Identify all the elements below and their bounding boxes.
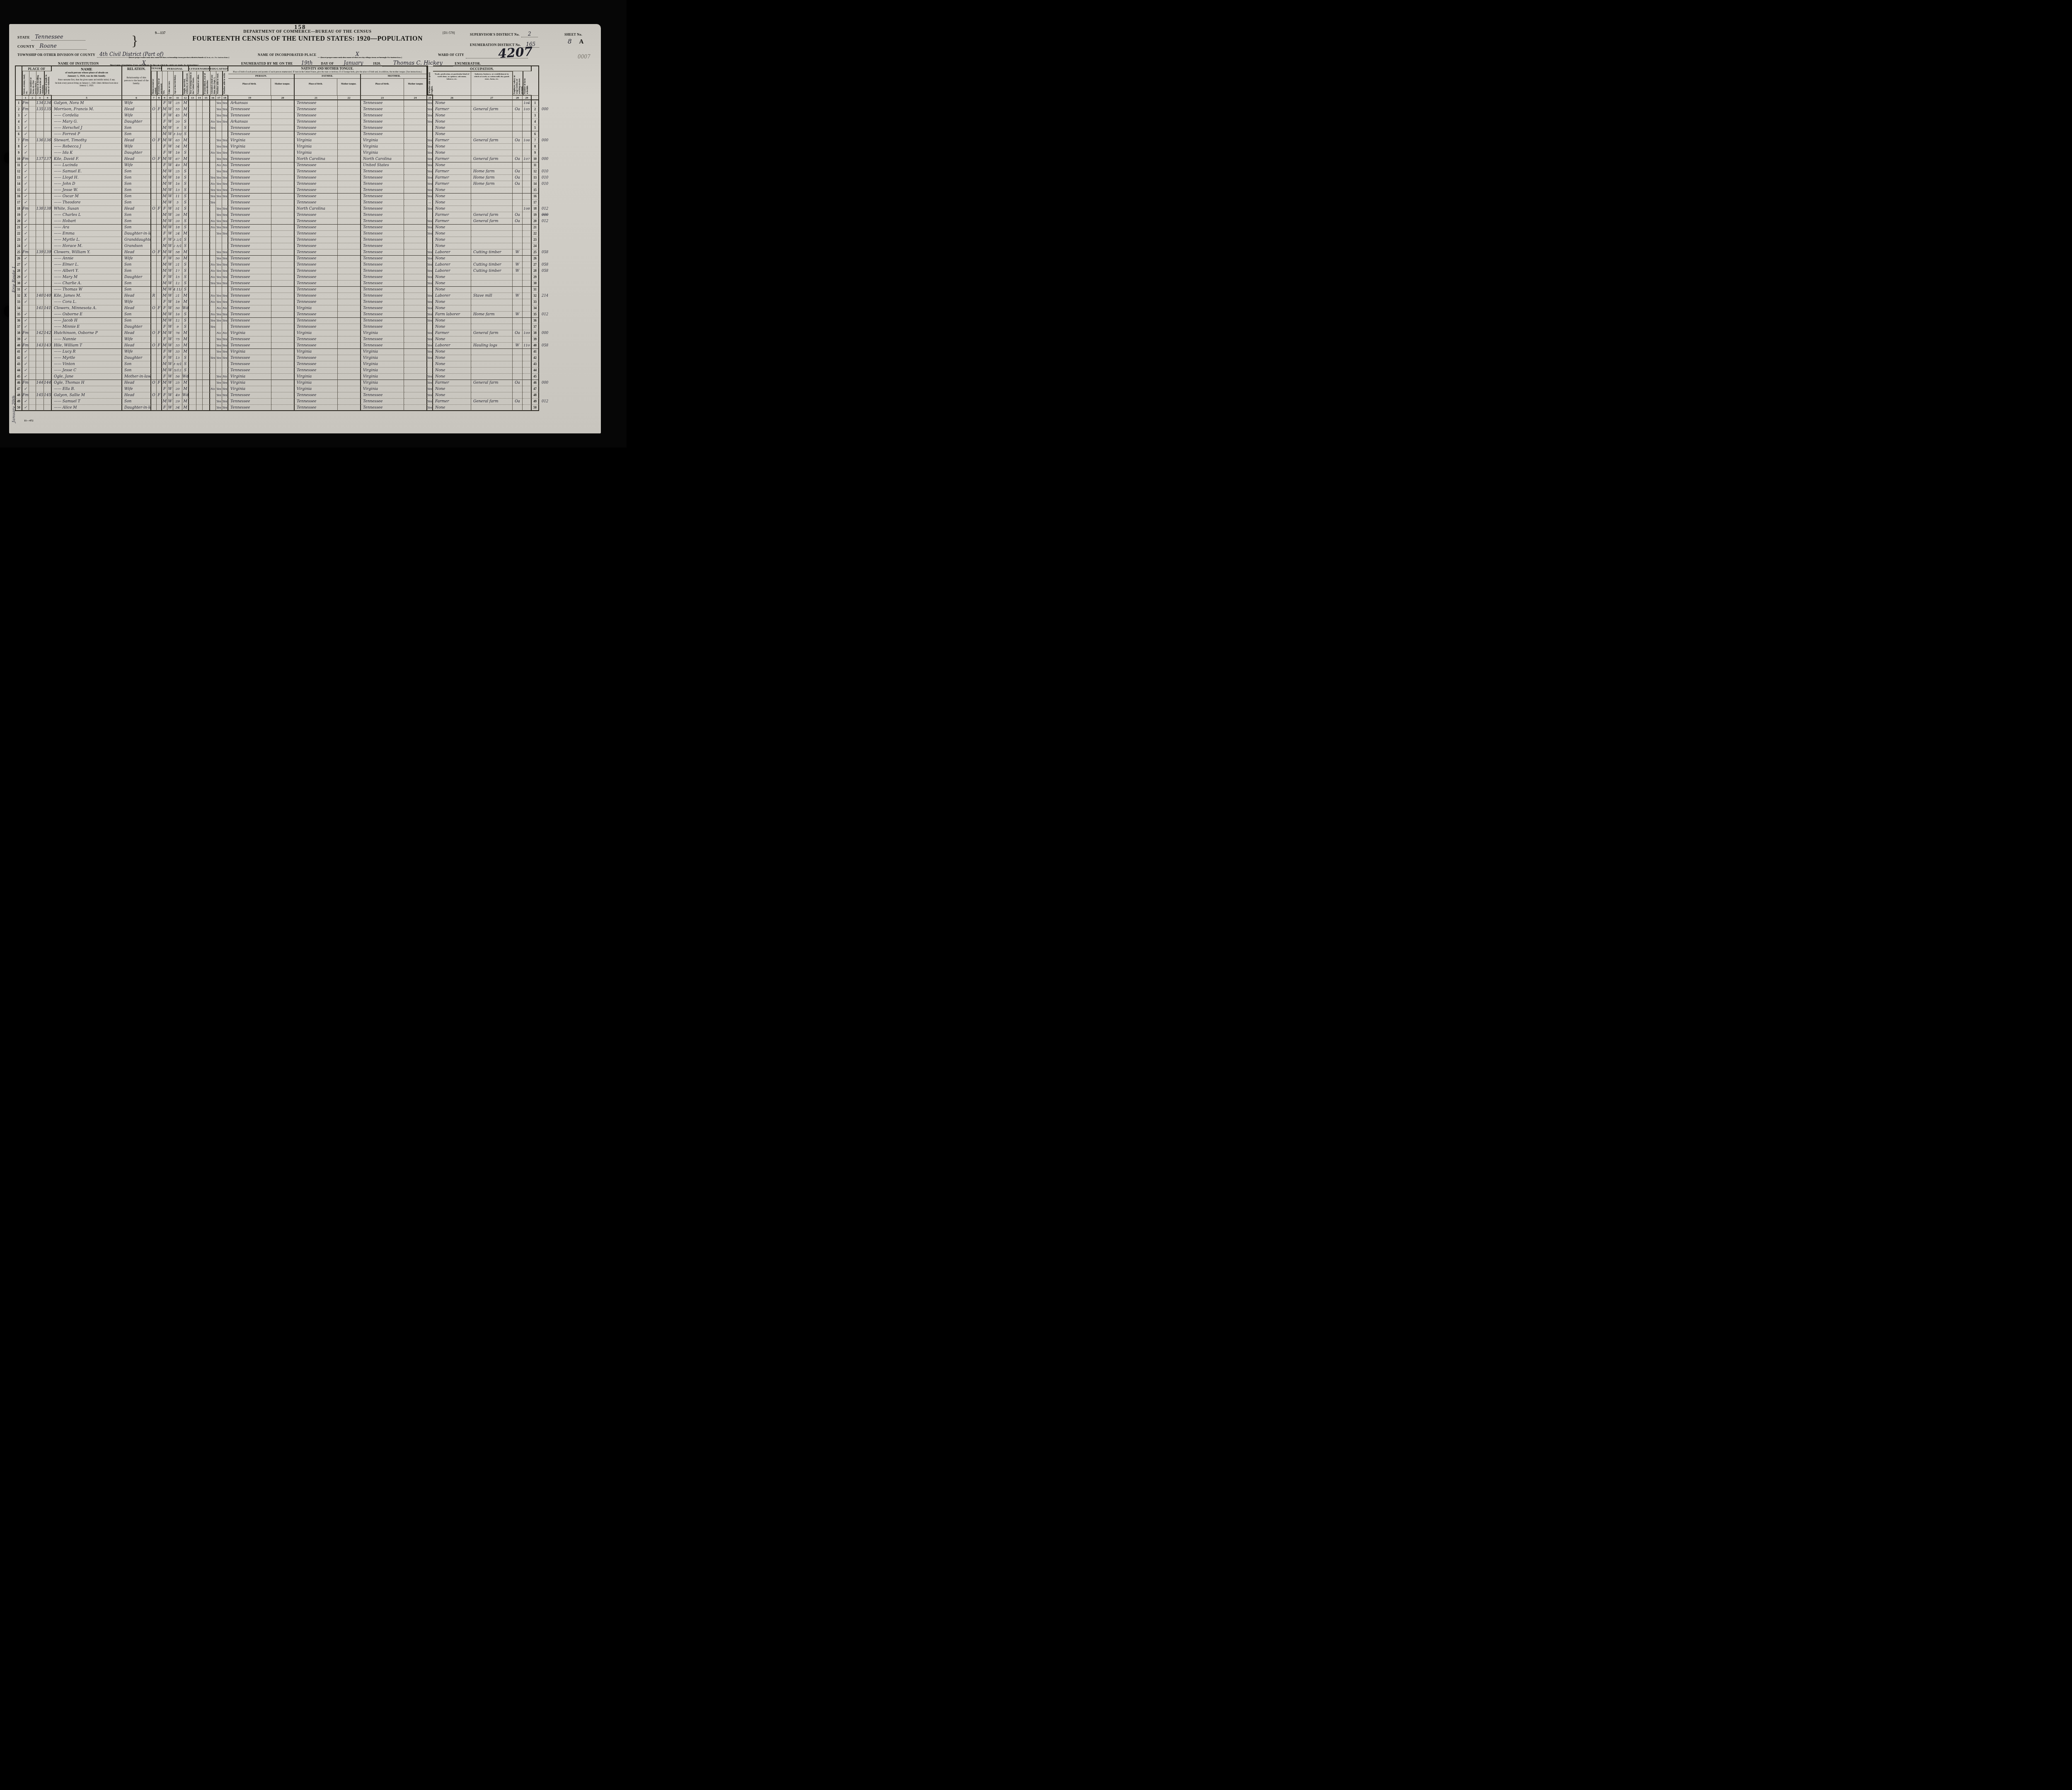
cell-mother-tongue-father [338, 100, 361, 106]
cell-dwelling-number [36, 175, 44, 181]
col-age-label: Age at last birthday. [173, 71, 182, 95]
cell-employment-class: Oa [513, 218, 523, 225]
cell-immigration-year [189, 287, 196, 293]
cell-street [22, 305, 29, 312]
cell-occupation: Farmer [433, 169, 471, 175]
cell-birthplace-father: Tennessee [295, 106, 338, 113]
cell-marital: M [182, 231, 189, 237]
margin-note [539, 281, 556, 287]
cell-relation: Son [122, 131, 151, 138]
cell-birthplace-father: Tennessee [295, 392, 338, 399]
table-row: 32 X 140 140 Kile, James M. Head R M W 2… [15, 293, 556, 299]
cell-street: Fm [22, 106, 29, 113]
cell-color-race: W [167, 312, 173, 318]
cell-speaks-english: Yes [427, 274, 433, 281]
cell-industry [471, 355, 513, 361]
cell-farm-schedule [523, 218, 532, 225]
county-line: COUNTY Roane [17, 42, 87, 50]
nativity-note: Place of birth of each person and parent… [228, 71, 426, 74]
cell-naturalized [196, 225, 203, 231]
cell-color-race: W [167, 299, 173, 305]
line-number: 46 [15, 380, 22, 386]
cell-name: —— Myrtle [52, 355, 122, 361]
cell-naturalization-year [203, 218, 210, 225]
cell-age: 2 5/12 [173, 243, 182, 249]
nativity-person-group: PERSON. Place of birth.Mother tongue. [228, 74, 295, 96]
cell-able-to-read: Yes [216, 281, 222, 287]
cell-free-mortgaged [157, 113, 162, 119]
cell-occupation: Laborer [433, 249, 471, 256]
cell-employment-class: W [513, 293, 523, 299]
cell-industry: General farm [471, 156, 513, 162]
cell-birthplace-person: Tennessee [228, 243, 271, 249]
cell-home-owned [151, 268, 157, 274]
cell-sex: F [162, 144, 167, 150]
cell-speaks-english [427, 131, 433, 138]
cell-speaks-english: Yes [427, 343, 433, 349]
line-number-right: 14 [532, 181, 539, 187]
cell-birthplace-person: Tennessee [228, 200, 271, 206]
cell-naturalization-year [203, 125, 210, 131]
cell-naturalized [196, 374, 203, 380]
cell-naturalized [196, 169, 203, 175]
cell-age: 21 [173, 293, 182, 299]
cell-farm-schedule [523, 312, 532, 318]
cell-sex: F [162, 324, 167, 330]
cell-mother-tongue-mother [404, 131, 427, 138]
cell-immigration-year [189, 399, 196, 405]
table-row: 4 ✓ —— Mary G. Daughter F W 20 S No Yes … [15, 119, 556, 125]
sheet-letter: A [574, 39, 584, 45]
cell-mother-tongue-person [271, 318, 295, 324]
cell-employment-class: W [513, 268, 523, 274]
cell-street: X [22, 293, 29, 299]
cell-street: ✓ [22, 243, 29, 249]
ward-scrawl: 4207 [498, 44, 533, 61]
cell-sex: F [162, 349, 167, 355]
cell-speaks-english: Yes [427, 355, 433, 361]
cell-naturalization-year [203, 336, 210, 343]
cell-mother-tongue-person [271, 106, 295, 113]
cell-attended-school [210, 169, 216, 175]
cell-birthplace-person: Tennessee [228, 237, 271, 243]
cell-relation: Son [122, 169, 151, 175]
cell-able-to-read: No [216, 162, 222, 169]
cell-birthplace-mother: Virginia [361, 138, 404, 144]
cell-marital: S [182, 194, 189, 200]
cell-able-to-read: Yes [216, 156, 222, 162]
cell-mother-tongue-person [271, 368, 295, 374]
margin-note: 058 [539, 343, 556, 349]
cell-immigration-year [189, 119, 196, 125]
cell-able-to-read: Yes [216, 386, 222, 392]
cell-industry [471, 405, 513, 411]
cell-free-mortgaged [157, 194, 162, 200]
cell-naturalized [196, 281, 203, 287]
cell-marital: S [182, 218, 189, 225]
cell-home-owned [151, 231, 157, 237]
cell-naturalization-year [203, 355, 210, 361]
table-row: 8 ✓ —— Rebecca J Wife F W 54 M Yes Yes V… [15, 144, 556, 150]
cell-street: ✓ [22, 299, 29, 305]
cell-birthplace-person: Tennessee [228, 206, 271, 212]
cell-naturalized [196, 138, 203, 144]
cell-industry: Home farm [471, 175, 513, 181]
cell-attended-school: No [210, 119, 216, 125]
line-number-right: 4 [532, 119, 539, 125]
cell-dwelling-number [36, 225, 44, 231]
cell-farm-schedule [523, 386, 532, 392]
cell-mother-tongue-father [338, 305, 361, 312]
cell-house-number [29, 268, 36, 274]
margin-date-note: January 20th [12, 395, 16, 423]
cell-name: —— Jacob H [52, 318, 122, 324]
sheet-line: SHEET No. 8 A [564, 30, 583, 46]
cell-birthplace-mother: Tennessee [361, 287, 404, 293]
cell-industry [471, 349, 513, 355]
cell-industry [471, 368, 513, 374]
cell-age: 55 [173, 106, 182, 113]
cell-immigration-year [189, 162, 196, 169]
cell-able-to-read: Yes [216, 374, 222, 380]
cell-street: ✓ [22, 131, 29, 138]
supervisor-value: 2 [521, 31, 538, 37]
cell-occupation: None [433, 318, 471, 324]
cell-mother-tongue-mother [404, 349, 427, 355]
group-personal-description: PERSONAL DESCRIPTION. [162, 65, 189, 71]
cell-mother-tongue-father [338, 324, 361, 330]
cell-family-number: 138 [44, 206, 52, 212]
county-value: Roane [36, 43, 87, 50]
cell-dwelling-number [36, 386, 44, 392]
cell-birthplace-father: Tennessee [295, 237, 338, 243]
cell-relation: Wife [122, 100, 151, 106]
margin-note [539, 194, 556, 200]
cell-name: —— Forrest P [52, 131, 122, 138]
group-name: NAME of each person whose place of abode… [52, 65, 122, 95]
cell-able-to-write: Yes [222, 386, 228, 392]
cell-birthplace-father: Virginia [295, 349, 338, 355]
cell-dwelling-number [36, 361, 44, 368]
cell-immigration-year [189, 368, 196, 374]
cell-sex: F [162, 256, 167, 262]
cell-street: Fm [22, 392, 29, 399]
cell-mother-tongue-father [338, 243, 361, 249]
cell-able-to-read [216, 131, 222, 138]
cell-mother-tongue-mother [404, 318, 427, 324]
cell-immigration-year [189, 262, 196, 268]
cell-mother-tongue-person [271, 349, 295, 355]
cell-naturalization-year [203, 343, 210, 349]
table-row: 5 ✓ —— Herschel J Son M W 9 S Yes Tennes… [15, 125, 556, 131]
cell-able-to-read [216, 125, 222, 131]
cell-birthplace-person: Tennessee [228, 336, 271, 343]
cell-farm-schedule [523, 175, 532, 181]
col-number: 26 [433, 95, 471, 100]
col-family-label: Number of family in order of visitation. [44, 71, 52, 95]
cell-dwelling-number [36, 113, 44, 119]
cell-home-owned [151, 281, 157, 287]
col-naturalization-year-label: If naturalized, year of naturalization. [203, 71, 210, 95]
col-immigration-label: Year of immigration to the United States… [189, 71, 196, 95]
col-numbers-row: 1234567891011121314151617181920212223242… [15, 95, 556, 100]
cell-family-number [44, 225, 52, 231]
cell-age: 25 [173, 380, 182, 386]
cell-naturalized [196, 218, 203, 225]
cell-birthplace-person: Virginia [228, 144, 271, 150]
cell-birthplace-mother: Virginia [361, 386, 404, 392]
line-number-right: 8 [532, 144, 539, 150]
cell-birthplace-father: Tennessee [295, 281, 338, 287]
cell-able-to-read: Yes [216, 106, 222, 113]
cell-farm-schedule [523, 200, 532, 206]
table-row: 13 ✓ —— Lloyd H. Son M W 18 S Yes Yes Ye… [15, 175, 556, 181]
cell-street: ✓ [22, 125, 29, 131]
cell-industry: General farm [471, 399, 513, 405]
cell-naturalized [196, 249, 203, 256]
cell-immigration-year [189, 349, 196, 355]
cell-street: Fm [22, 100, 29, 106]
cell-age: 13 [173, 355, 182, 361]
cell-birthplace-father: Tennessee [295, 225, 338, 231]
margin-note [539, 336, 556, 343]
cell-family-number [44, 131, 52, 138]
cell-birthplace-person: Tennessee [228, 225, 271, 231]
cell-mother-tongue-person [271, 386, 295, 392]
line-number-right: 41 [532, 349, 539, 355]
cell-able-to-read: Yes [216, 175, 222, 181]
cell-free-mortgaged [157, 212, 162, 218]
cell-able-to-write: Yes [222, 231, 228, 237]
cell-home-owned [151, 361, 157, 368]
margin-note: 000 [539, 380, 556, 386]
margin-note [539, 368, 556, 374]
cell-naturalization-year [203, 305, 210, 312]
cell-age: 33 [173, 349, 182, 355]
township-note: [Insert proper name and, also, name of c… [111, 57, 247, 59]
col-write-label: Whether able to write. [222, 71, 228, 95]
cell-name: —— Rebecca J [52, 144, 122, 150]
cell-mother-tongue-person [271, 256, 295, 262]
cell-sex: M [162, 175, 167, 181]
cell-dwelling-number: 144 [36, 380, 44, 386]
table-row: 10 Fm 137 137 Kile, David F. Head O F M … [15, 156, 556, 162]
cell-street: ✓ [22, 225, 29, 231]
cell-birthplace-mother: Virginia [361, 380, 404, 386]
cell-name: Clowers, William Y. [52, 249, 122, 256]
cell-free-mortgaged [157, 150, 162, 156]
line-number: 36 [15, 318, 22, 324]
cell-speaks-english: Yes [427, 194, 433, 200]
cell-home-owned: O [151, 392, 157, 399]
cell-farm-schedule [523, 399, 532, 405]
col-number [532, 95, 539, 100]
cell-birthplace-father: Tennessee [295, 113, 338, 119]
cell-mother-tongue-mother [404, 169, 427, 175]
line-number-right: 45 [532, 374, 539, 380]
cell-naturalized [196, 200, 203, 206]
cell-street: ✓ [22, 312, 29, 318]
cell-immigration-year [189, 324, 196, 330]
cell-home-owned [151, 256, 157, 262]
group-education: EDUCATION. [210, 65, 228, 71]
cell-attended-school [210, 249, 216, 256]
cell-free-mortgaged [157, 200, 162, 206]
cell-speaks-english [427, 361, 433, 368]
cell-marital: S [182, 187, 189, 194]
cell-birthplace-father: Virginia [295, 138, 338, 144]
cell-relation: Wife [122, 299, 151, 305]
cell-marital: S [182, 125, 189, 131]
cell-speaks-english: Yes [427, 113, 433, 119]
cell-mother-tongue-father [338, 299, 361, 305]
col-number: 10 [167, 95, 173, 100]
cell-industry [471, 194, 513, 200]
cell-free-mortgaged [157, 287, 162, 293]
col-number: 4 [44, 95, 52, 100]
cell-attended-school: No [210, 274, 216, 281]
cell-relation: Son [122, 175, 151, 181]
cell-able-to-write [222, 237, 228, 243]
col-number: 16 [210, 95, 216, 100]
cell-street: Fm [22, 330, 29, 336]
cell-mother-tongue-mother [404, 119, 427, 125]
cell-birthplace-person: Tennessee [228, 162, 271, 169]
cell-able-to-write: Yes [222, 187, 228, 194]
cell-able-to-write: Yes [222, 225, 228, 231]
cell-naturalized [196, 212, 203, 218]
relation-title: RELATION. [123, 67, 149, 71]
father-mt-label: Mother tongue. [337, 79, 360, 96]
cell-able-to-read: Yes [216, 349, 222, 355]
cell-mother-tongue-person [271, 336, 295, 343]
cell-relation: Head [122, 293, 151, 299]
cell-naturalized [196, 330, 203, 336]
cell-birthplace-person: Tennessee [228, 392, 271, 399]
cell-naturalization-year [203, 324, 210, 330]
cell-street: ✓ [22, 200, 29, 206]
cell-relation: Head [122, 305, 151, 312]
cell-family-number [44, 119, 52, 125]
cell-dwelling-number [36, 399, 44, 405]
cell-family-number [44, 312, 52, 318]
cell-mother-tongue-father [338, 249, 361, 256]
cell-able-to-write: Yes [222, 194, 228, 200]
cell-dwelling-number [36, 324, 44, 330]
cell-speaks-english: Yes [427, 262, 433, 268]
cell-mother-tongue-father [338, 336, 361, 343]
cell-occupation: None [433, 200, 471, 206]
nativity-father-group: FATHER. Place of birth.Mother tongue. [295, 74, 361, 96]
cell-occupation: None [433, 287, 471, 293]
line-number: 26 [15, 256, 22, 262]
margin-note [539, 256, 556, 262]
cell-house-number [29, 100, 36, 106]
line-number-right: 35 [532, 312, 539, 318]
cell-family-number [44, 243, 52, 249]
cell-mother-tongue-person [271, 169, 295, 175]
cell-age: 13 [173, 187, 182, 194]
cell-able-to-write: Yes [222, 249, 228, 256]
cell-attended-school: No [210, 293, 216, 299]
cell-mother-tongue-person [271, 243, 295, 249]
cell-street: ✓ [22, 144, 29, 150]
cell-mother-tongue-mother [404, 113, 427, 119]
cell-birthplace-father: Tennessee [295, 287, 338, 293]
cell-name: —— Albert Y. [52, 268, 122, 274]
cell-age: 5 [173, 200, 182, 206]
cell-able-to-write: Yes [222, 262, 228, 268]
col-school-label: Attended school any time since Sept. 1, … [210, 71, 216, 95]
cell-family-number: 134 [44, 100, 52, 106]
margin-note [539, 119, 556, 125]
cell-family-number [44, 256, 52, 262]
cell-marital: M [182, 106, 189, 113]
line-number-right: 48 [532, 392, 539, 399]
cell-free-mortgaged: F [157, 392, 162, 399]
cell-able-to-write [222, 200, 228, 206]
cell-farm-schedule [523, 187, 532, 194]
form-code: 9—137 [155, 31, 166, 35]
person-pob-label: Place of birth. [228, 79, 271, 96]
cell-industry: Cutting timber [471, 268, 513, 274]
cell-naturalization-year [203, 318, 210, 324]
table-row: 46 Fm 144 144 Ogle, Thomas H Head O F M … [15, 380, 556, 386]
table-row: 48 Fm 145 145 Galyon, Sallie M Head O F … [15, 392, 556, 399]
cell-naturalized [196, 361, 203, 368]
cell-home-owned [151, 100, 157, 106]
cell-mother-tongue-mother [404, 100, 427, 106]
cell-mother-tongue-mother [404, 361, 427, 368]
census-sheet-paper: 158 9—137 DEPARTMENT OF COMMERCE—BUREAU … [9, 24, 601, 433]
col-number: 1 [22, 95, 29, 100]
cell-naturalization-year [203, 162, 210, 169]
table-row: 25 Fm 139 139 Clowers, William Y. Head O… [15, 249, 556, 256]
cell-birthplace-father: Tennessee [295, 355, 338, 361]
cell-industry [471, 299, 513, 305]
cell-naturalization-year [203, 237, 210, 243]
cell-able-to-read: Yes [216, 399, 222, 405]
cell-mother-tongue-person [271, 144, 295, 150]
line-number-right: 28 [532, 268, 539, 274]
cell-dwelling-number [36, 212, 44, 218]
cell-birthplace-person: Virginia [228, 349, 271, 355]
cell-mother-tongue-person [271, 249, 295, 256]
doc-code: [D1-578] [443, 31, 455, 35]
name-note1: Enter surname first, then the given name… [53, 79, 120, 81]
col-number: 21 [295, 95, 338, 100]
cell-age: 17 [173, 268, 182, 274]
cell-mother-tongue-mother [404, 156, 427, 162]
cell-able-to-read: Yes [216, 380, 222, 386]
cell-employment-class [513, 225, 523, 231]
township-label: TOWNSHIP OR OTHER DIVISION OF COUNTY [17, 53, 95, 57]
cell-birthplace-mother: Tennessee [361, 218, 404, 225]
cell-able-to-read: Yes [216, 187, 222, 194]
cell-able-to-write: Yes [222, 156, 228, 162]
line-number-right: 3 [532, 113, 539, 119]
cell-family-number: 136 [44, 138, 52, 144]
cell-dwelling-number: 141 [36, 305, 44, 312]
cell-speaks-english: Yes [427, 231, 433, 237]
cell-name: Galyon, Nora M [52, 100, 122, 106]
cell-family-number: 140 [44, 293, 52, 299]
cell-employment-class [513, 287, 523, 293]
cell-able-to-write: Yes [222, 293, 228, 299]
cell-employment-class [513, 150, 523, 156]
cell-able-to-read [216, 368, 222, 374]
cell-age: 3 9/12 [173, 361, 182, 368]
